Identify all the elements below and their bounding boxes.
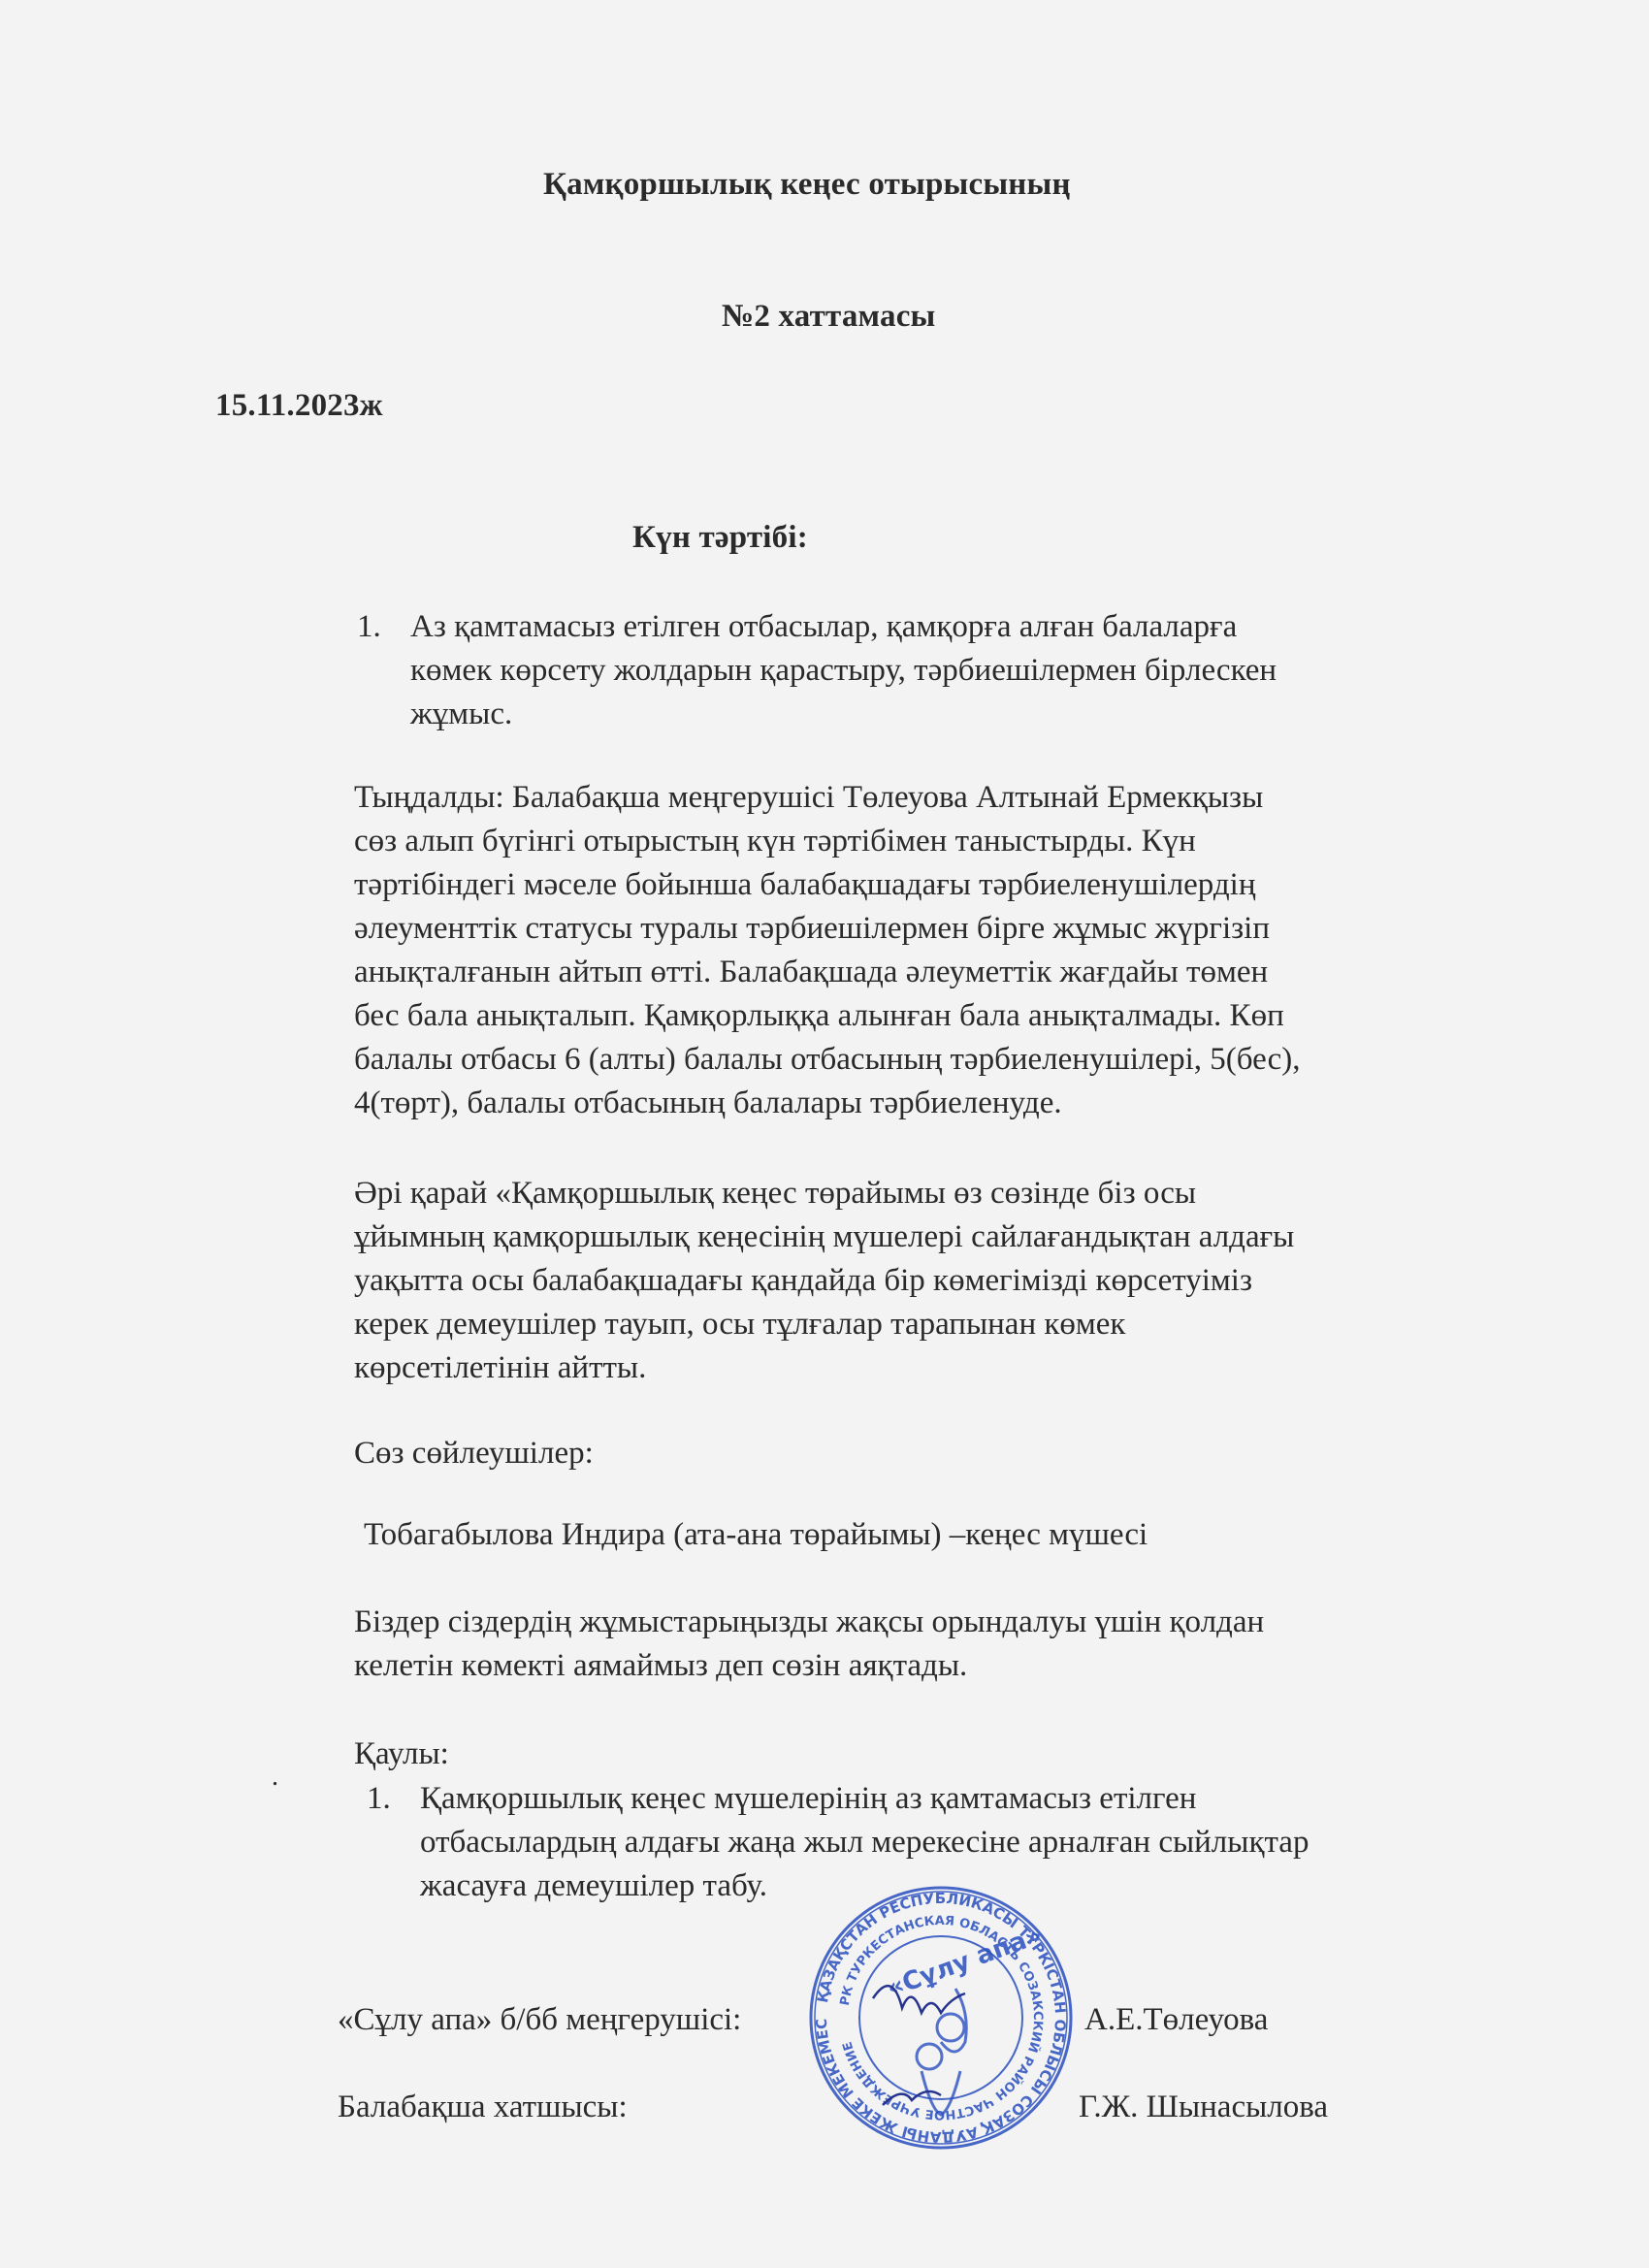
agenda-heading: Күн тәртібі: (632, 520, 808, 556)
text-line: ұйымның қамқоршылық кеңесінің мүшелері с… (354, 1215, 1499, 1259)
document-title: Қамқоршылық кеңес отырысының (543, 167, 1071, 203)
text-line: анықталғанын айтып өтті. Балабақшада әле… (354, 951, 1499, 994)
text-line: сөз алып бүгінгі отырыстың күн тәртібіме… (354, 820, 1499, 863)
official-stamp: ҚАЗАҚСТАН РЕСПУБЛИКАСЫ ТҮРКІСТАН ОБЛЫСЫ … (805, 1882, 1077, 2154)
agenda-item-1: 1.Аз қамтамасыз етілген отбасылар, қамқо… (357, 605, 1502, 736)
text-line: көрсетілетінін айтты. (354, 1346, 1499, 1390)
signature-role-secretary: Балабақша хатшысы: (338, 2086, 628, 2129)
speaker-name: Тобагабылова Индира (ата-ана төрайымы) –… (364, 1513, 1148, 1557)
stamp-seal-icon: ҚАЗАҚСТАН РЕСПУБЛИКАСЫ ТҮРКІСТАН ОБЛЫСЫ … (805, 1882, 1077, 2154)
text-line: келетін көмекті аямаймыз деп сөзін аяқта… (354, 1644, 1499, 1688)
list-number: 1. (367, 1777, 420, 1821)
signature-name-head: А.Е.Төлеуова (1084, 1998, 1268, 2042)
text-line: 4(төрт), балалы отбасының балалары тәрби… (354, 1082, 1499, 1125)
resolution-line: отбасылардың алдағы жаңа жыл мерекесіне … (367, 1821, 1531, 1864)
resolution-heading: Қаулы: (354, 1733, 449, 1776)
heard-paragraph: Тыңдалды: Балабақша меңгерушісі Төлеуова… (354, 776, 1499, 1125)
agenda-line: Аз қамтамасыз етілген отбасылар, қамқорғ… (410, 609, 1237, 644)
text-line: Біздер сіздердің жұмыстарыңызды жақсы ор… (354, 1601, 1499, 1644)
text-line: Әрі қарай «Қамқоршылық кеңес төрайымы өз… (354, 1172, 1499, 1215)
text-line: уақытта осы балабақшадағы қандайда бір к… (354, 1259, 1499, 1303)
protocol-number: №2 хаттамасы (722, 299, 936, 335)
text-line: балалы отбасы 6 (алты) балалы отбасының … (354, 1038, 1499, 1082)
document-date: 15.11.2023ж (215, 388, 383, 424)
text-line: керек демеушілер тауып, осы тұлғалар тар… (354, 1303, 1499, 1346)
agenda-line: көмек көрсету жолдарын қарастыру, тәрбие… (357, 649, 1502, 693)
agenda-line: жұмыс. (357, 693, 1502, 736)
speakers-heading: Сөз сөйлеушілер: (354, 1432, 594, 1475)
text-line: әлеументтік статусы туралы тәрбиешілерме… (354, 907, 1499, 951)
text-line: тәртібіндегі мәселе бойынша балабақшадағ… (354, 863, 1499, 907)
text-line: Тыңдалды: Балабақша меңгерушісі Төлеуова… (354, 776, 1499, 820)
speaker-speech: Біздер сіздердің жұмыстарыңызды жақсы ор… (354, 1601, 1499, 1688)
chair-speech-paragraph: Әрі қарай «Қамқоршылық кеңес төрайымы өз… (354, 1172, 1499, 1390)
signature-role-head: «Сұлу апа» б/бб меңгерушісі: (338, 1998, 741, 2042)
text-line: бес бала анықталып. Қамқорлыққа алынған … (354, 994, 1499, 1038)
stray-dot: . (272, 1762, 278, 1793)
list-number: 1. (357, 605, 410, 649)
resolution-line: Қамқоршылық кеңес мүшелерінің аз қамтама… (420, 1781, 1196, 1816)
signature-name-secretary: Г.Ж. Шынасылова (1079, 2086, 1328, 2129)
